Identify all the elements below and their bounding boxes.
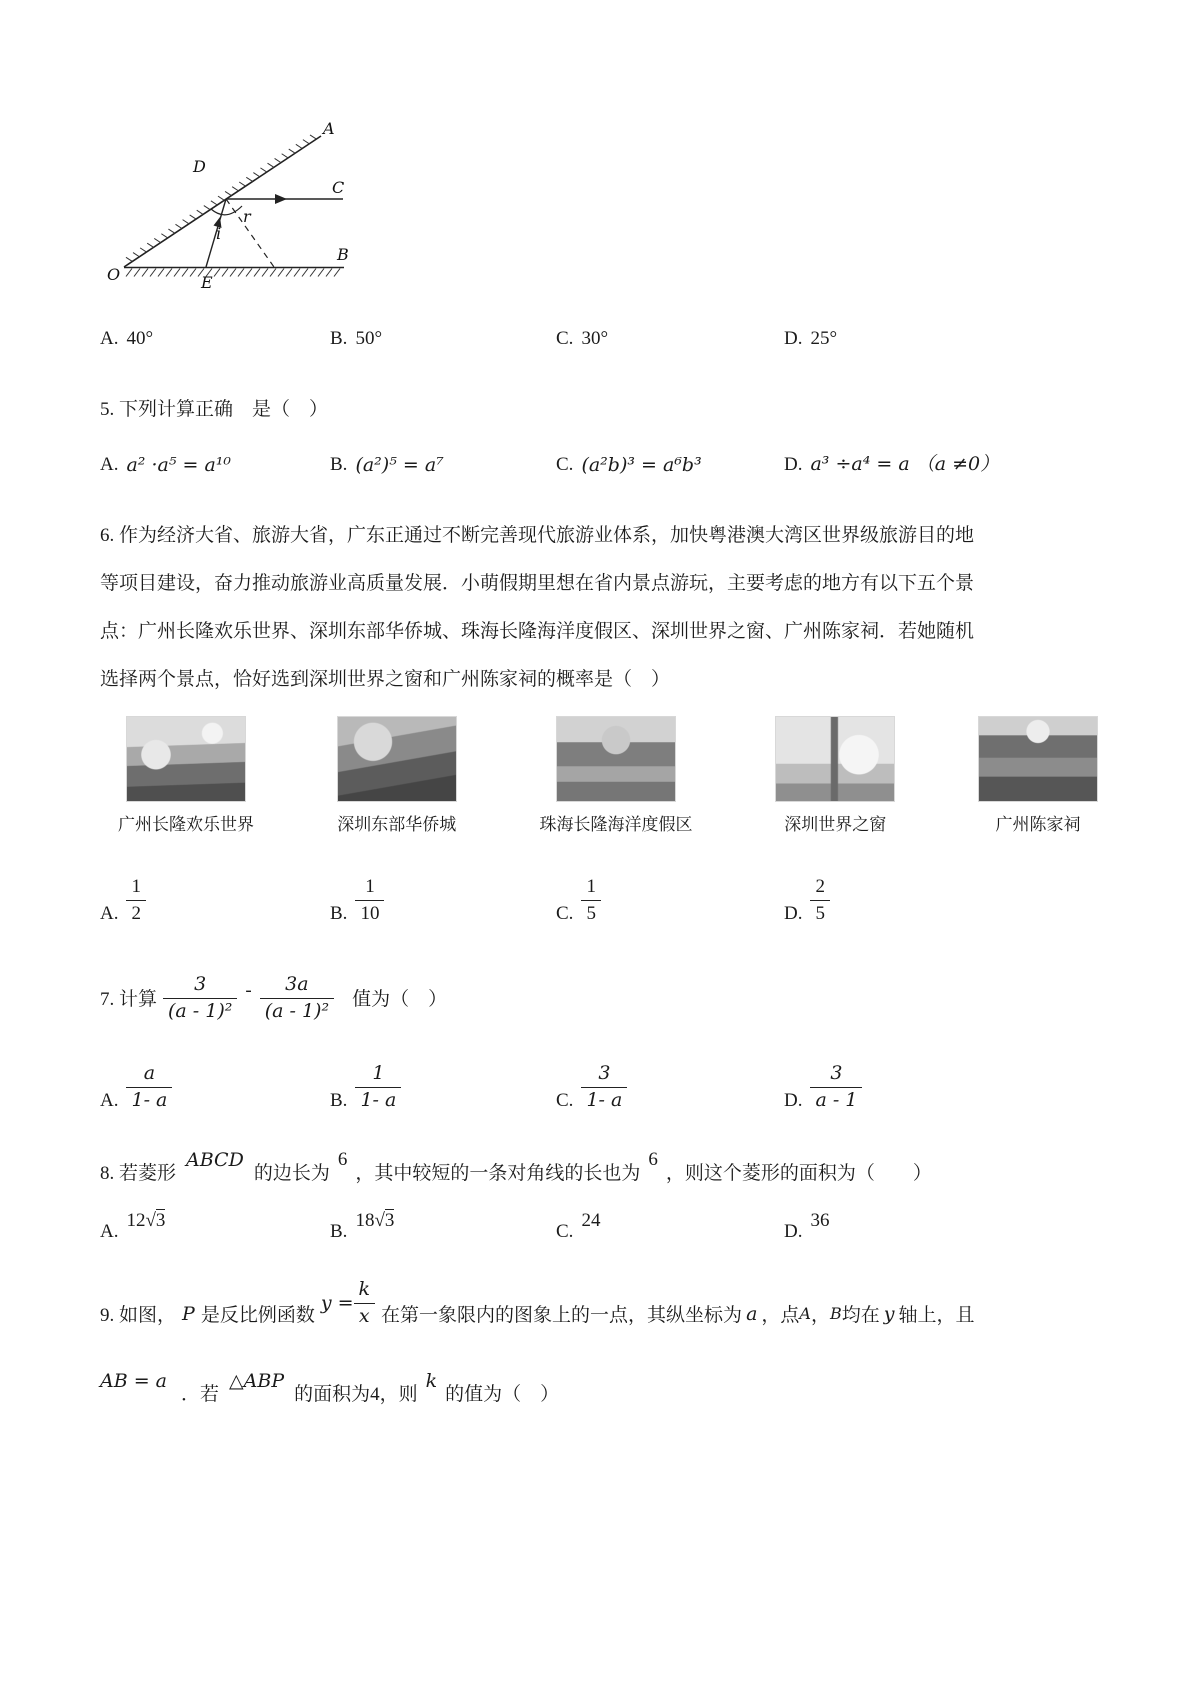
hatch-tick <box>140 248 146 252</box>
diagonal-length: 6 <box>648 1149 658 1171</box>
option-value: 18√3 <box>355 1210 394 1232</box>
q5-option-a: A.a² ·a⁵ = a¹⁰ <box>100 454 330 476</box>
q8-options: A.12√3 B.18√3 C.24 D.36 <box>100 1221 1095 1243</box>
hatch-tick <box>214 269 220 277</box>
option-formula: a³ ÷a⁴ = a （a ≠0） <box>810 449 999 476</box>
q9-text: 在第一象限内的图象上的一点，其纵坐标为 <box>381 1300 742 1327</box>
fraction: 110 <box>355 875 384 925</box>
hatch-tick <box>302 269 308 277</box>
denominator: x <box>354 1304 376 1328</box>
option-label: D. <box>784 328 802 350</box>
option-value: 24 <box>581 1210 600 1232</box>
fraction: a1- a <box>126 1062 172 1112</box>
hatch-tick <box>275 158 281 162</box>
q9-stem-line1: 9. 如图， P 是反比例函数 y = kx 在第一象限内的图象上的一点，其纵坐… <box>100 1289 1095 1339</box>
q8-text: ，其中较短的一条对角线的长也为 <box>355 1158 640 1185</box>
hatch-tick <box>218 196 224 200</box>
hatch-tick <box>161 234 167 238</box>
q8-option-a: A.12√3 <box>100 1221 330 1243</box>
option-label: C. <box>556 1090 573 1112</box>
hatch-tick <box>282 154 288 158</box>
hatch-tick <box>190 215 196 219</box>
denominator: 2 <box>126 901 146 925</box>
q9-text: 的面积为4，则 <box>294 1379 418 1406</box>
denominator: (a - 1)² <box>163 999 237 1023</box>
photo-item: 深圳东部华侨城 <box>337 716 457 835</box>
exam-page: A B C D O E i r A.40° B.50° C.30° D.25° … <box>0 0 1190 1466</box>
photo-caption: 深圳东部华侨城 <box>337 810 456 835</box>
reflected-ray-arrow <box>275 194 287 204</box>
rhombus-name: ABCD <box>186 1149 244 1171</box>
angle-arc <box>211 206 242 215</box>
hatch-tick <box>126 269 132 277</box>
photo-item: 珠海长隆海洋度假区 <box>540 716 693 835</box>
q6-stem: 6. 作为经济大省、旅游大省，广东正通过不断完善现代旅游业体系，加快粤港澳大湾区… <box>100 512 1095 704</box>
ab-equals-a: AB = a <box>100 1370 167 1392</box>
hatch-tick <box>310 135 316 139</box>
hatch-tick <box>246 177 252 181</box>
q6-option-a: A.12 <box>100 875 330 925</box>
hatch-tick <box>262 269 268 277</box>
numerator: k <box>354 1278 376 1304</box>
photo-caption: 广州长隆欢乐世界 <box>118 810 254 835</box>
hatch-tick <box>268 163 274 167</box>
hatch-tick <box>182 269 188 277</box>
denominator: 5 <box>581 901 601 925</box>
q5-option-c: C.(a²b)³ = a⁶b³ <box>556 454 784 476</box>
photo-chimelong-paradise <box>126 716 246 802</box>
fraction: 3(a - 1)² <box>163 973 237 1023</box>
hatch-tick <box>318 269 324 277</box>
numerator: 1 <box>126 875 146 901</box>
hatch-tick <box>238 269 244 277</box>
radicand: 3 <box>385 1209 395 1231</box>
hatch-tick <box>294 269 300 277</box>
figure-label-o: O <box>107 265 120 284</box>
q7-stem: 7. 计算 3(a - 1)² - 3a(a - 1)² 值为（ ） <box>100 973 1095 1023</box>
fraction: 3a(a - 1)² <box>260 973 334 1023</box>
q7-options: A.a1- a B.11- a C.31- a D.3a - 1 <box>100 1062 1095 1112</box>
option-label: B. <box>330 454 347 476</box>
photo-oct-east <box>337 716 457 802</box>
q4-option-a: A.40° <box>100 328 330 350</box>
option-label: C. <box>556 454 573 476</box>
hatch-tick <box>190 269 196 277</box>
hatch-tick <box>326 269 332 277</box>
option-label: C. <box>556 903 573 925</box>
q6-stem-line3: 点：广州长隆欢乐世界、深圳东部华侨城、珠海长隆海洋度假区、深圳世界之窗、广州陈家… <box>100 608 1095 656</box>
q9-text: 均在 <box>842 1300 880 1327</box>
hatch-tick <box>296 144 302 148</box>
fraction: 31- a <box>581 1062 627 1112</box>
q4-option-c: C.30° <box>556 328 784 350</box>
side-length: 6 <box>338 1149 348 1171</box>
q6-stem-line2: 等项目建设，奋力推动旅游业高质量发展．小萌假期里想在省内景点游玩，主要考虑的地方… <box>100 560 1095 608</box>
q5-option-b: B.(a²)⁵ = a⁷ <box>330 454 556 476</box>
q4-options: A.40° B.50° C.30° D.25° <box>100 328 1095 350</box>
numerator: 3 <box>163 973 237 999</box>
q6-photo-row: 广州长隆欢乐世界 深圳东部华侨城 珠海长隆海洋度假区 深圳世界之窗 广州陈家祠 <box>118 716 1098 835</box>
hatch-tick <box>334 269 340 277</box>
option-formula: a² ·a⁵ = a¹⁰ <box>126 454 231 476</box>
option-label: B. <box>330 903 347 925</box>
hatch-tick <box>270 269 276 277</box>
q9-text: 9. 如图， <box>100 1300 176 1327</box>
photo-caption: 广州陈家祠 <box>996 810 1081 835</box>
q5-options: A.a² ·a⁵ = a¹⁰ B.(a²)⁵ = a⁷ C.(a²b)³ = a… <box>100 449 1095 476</box>
q6-option-d: D.25 <box>784 875 1095 925</box>
option-text: 50° <box>355 328 382 350</box>
hatch-tick <box>142 269 148 277</box>
q5-stem: 5. 下列计算正确 是（ ） <box>100 394 1095 421</box>
hatch-tick <box>154 238 160 242</box>
hatch-tick <box>222 269 228 277</box>
option-formula: (a²)⁵ = a⁷ <box>355 454 443 476</box>
option-label: C. <box>556 328 573 350</box>
q4-option-b: B.50° <box>330 328 556 350</box>
q6-options: A.12 B.110 C.15 D.25 <box>100 875 1095 925</box>
point-b: B <box>830 1304 842 1323</box>
hatch-tick <box>310 269 316 277</box>
q9-text: 是反比例函数 <box>201 1300 315 1327</box>
q9-text: ， <box>811 1300 830 1327</box>
fraction: 11- a <box>355 1062 401 1112</box>
option-label: A. <box>100 1090 118 1112</box>
photo-chen-clan-hall <box>978 716 1098 802</box>
figure-label-d: D <box>192 157 206 176</box>
q9-text: ．若 <box>181 1379 219 1406</box>
radical-sign: √ <box>145 1210 155 1231</box>
hatch-tick <box>260 168 266 172</box>
figure-label-i: i <box>216 224 221 243</box>
option-label: A. <box>100 454 118 476</box>
q4-option-d: D.25° <box>784 328 1095 350</box>
hatch-tick <box>211 201 217 205</box>
denominator: (a - 1)² <box>260 999 334 1023</box>
denominator: 1- a <box>126 1088 172 1112</box>
hatch-tick <box>246 269 252 277</box>
inverse-function-formula: y = kx <box>321 1278 375 1328</box>
hatch-tick <box>254 269 260 277</box>
option-label: C. <box>556 1221 573 1243</box>
hatch-tick <box>197 210 203 214</box>
figure-label-a: A <box>321 119 335 138</box>
hatch-tick <box>278 269 284 277</box>
option-label: D. <box>784 903 802 925</box>
q6-stem-line1: 6. 作为经济大省、旅游大省，广东正通过不断完善现代旅游业体系，加快粤港澳大湾区… <box>100 512 1095 560</box>
q6-option-b: B.110 <box>330 875 556 925</box>
option-label: A. <box>100 903 118 925</box>
fraction: 25 <box>810 875 830 925</box>
hatch-tick <box>126 257 132 261</box>
q9-stem-line2: AB = a ．若 △ABP 的面积为4，则 k 的值为（ ） <box>100 1379 1095 1406</box>
minus-sign: - <box>245 980 251 1002</box>
denominator: 10 <box>355 901 384 925</box>
q8-suffix: ，则这个菱形的面积为（ ） <box>666 1158 932 1185</box>
q7-prefix: 7. 计算 <box>100 984 157 1011</box>
photo-window-of-world <box>775 716 895 802</box>
denominator: a - 1 <box>810 1088 862 1112</box>
hatch-tick <box>158 269 164 277</box>
option-label: B. <box>330 1221 347 1243</box>
denominator: 5 <box>810 901 830 925</box>
hatch-tick <box>168 229 174 233</box>
option-label: A. <box>100 1221 118 1243</box>
option-text: 25° <box>810 328 837 350</box>
photo-item: 广州长隆欢乐世界 <box>118 716 254 835</box>
radical-sign: √ <box>374 1210 384 1231</box>
y-axis-var: y <box>884 1303 895 1325</box>
numerator: 3a <box>260 973 334 999</box>
q8-option-c: C.24 <box>556 1221 784 1243</box>
hatch-tick <box>134 269 140 277</box>
numerator: 2 <box>810 875 830 901</box>
q6-option-c: C.15 <box>556 875 784 925</box>
hatch-tick <box>204 206 210 210</box>
triangle-abp: △ABP <box>229 1370 284 1392</box>
denominator: 1- a <box>581 1088 627 1112</box>
q7-suffix: 值为（ ） <box>352 984 447 1011</box>
option-label: D. <box>784 1090 802 1112</box>
option-label: B. <box>330 328 347 350</box>
option-value: 12√3 <box>126 1210 165 1232</box>
hatch-tick <box>225 191 231 195</box>
numerator: 3 <box>810 1062 862 1088</box>
ordinate-a: a <box>746 1303 757 1325</box>
hatch-tick <box>166 269 172 277</box>
point-p: P <box>182 1303 195 1325</box>
q9-text: 轴上，且 <box>899 1300 975 1327</box>
numerator: 1 <box>581 875 601 901</box>
q7-option-a: A.a1- a <box>100 1062 330 1112</box>
photo-item: 广州陈家祠 <box>978 716 1098 835</box>
hatch-tick <box>230 269 236 277</box>
q8-prefix: 8. 若菱形 <box>100 1158 176 1185</box>
photo-caption: 深圳世界之窗 <box>784 810 886 835</box>
fraction: 3a - 1 <box>810 1062 862 1112</box>
q6-stem-line4: 选择两个景点，恰好选到深圳世界之窗和广州陈家祠的概率是（ ） <box>100 656 1095 704</box>
q8-text: 的边长为 <box>254 1158 330 1185</box>
option-value: 36 <box>810 1210 829 1232</box>
hatch-tick <box>133 253 139 257</box>
option-formula: (a²b)³ = a⁶b³ <box>581 454 701 476</box>
numerator: 1 <box>355 1062 401 1088</box>
radicand: 3 <box>156 1209 166 1231</box>
k-var: k <box>426 1370 438 1392</box>
hatch-tick <box>183 220 189 224</box>
reflection-figure-svg: A B C D O E i r <box>106 106 366 296</box>
hatch-tick <box>147 243 153 247</box>
q7-option-b: B.11- a <box>330 1062 556 1112</box>
numerator: 3 <box>581 1062 627 1088</box>
hatch-tick <box>239 182 245 186</box>
q7-option-c: C.31- a <box>556 1062 784 1112</box>
q8-option-d: D.36 <box>784 1221 1095 1243</box>
q7-option-d: D.3a - 1 <box>784 1062 1095 1112</box>
denominator: 1- a <box>355 1088 401 1112</box>
figure-label-c: C <box>332 178 344 197</box>
hatch-tick <box>232 187 238 191</box>
photo-item: 深圳世界之窗 <box>775 716 895 835</box>
photo-chimelong-ocean <box>556 716 676 802</box>
option-text: 30° <box>581 328 608 350</box>
hatch-tick <box>253 173 259 177</box>
option-label: B. <box>330 1090 347 1112</box>
option-label: A. <box>100 328 118 350</box>
figure-label-b: B <box>336 245 349 264</box>
q9-text: ，点 <box>761 1300 799 1327</box>
fraction: 15 <box>581 875 601 925</box>
fraction: kx <box>354 1278 376 1328</box>
q8-option-b: B.18√3 <box>330 1221 556 1243</box>
option-text: 40° <box>126 328 153 350</box>
fraction: 12 <box>126 875 146 925</box>
y-equals: y = <box>321 1292 354 1314</box>
q8-stem: 8. 若菱形 ABCD 的边长为 6 ，其中较短的一条对角线的长也为 6 ，则这… <box>100 1158 1095 1185</box>
figure-label-r: r <box>243 207 252 226</box>
reflection-figure: A B C D O E i r <box>106 106 366 302</box>
hatch-tick <box>175 224 181 228</box>
option-label: D. <box>784 1221 802 1243</box>
hatch-tick <box>286 269 292 277</box>
hatch-tick <box>303 140 309 144</box>
q9-text: 的值为（ ） <box>445 1379 559 1406</box>
hatch-tick <box>289 149 295 153</box>
hatch-tick <box>174 269 180 277</box>
hatch-tick <box>150 269 156 277</box>
option-label: D. <box>784 454 802 476</box>
photo-caption: 珠海长隆海洋度假区 <box>540 810 693 835</box>
point-a: A <box>799 1304 811 1323</box>
q5-option-d: D.a³ ÷a⁴ = a （a ≠0） <box>784 449 1095 476</box>
numerator: 1 <box>355 875 384 901</box>
numerator: a <box>126 1062 172 1088</box>
